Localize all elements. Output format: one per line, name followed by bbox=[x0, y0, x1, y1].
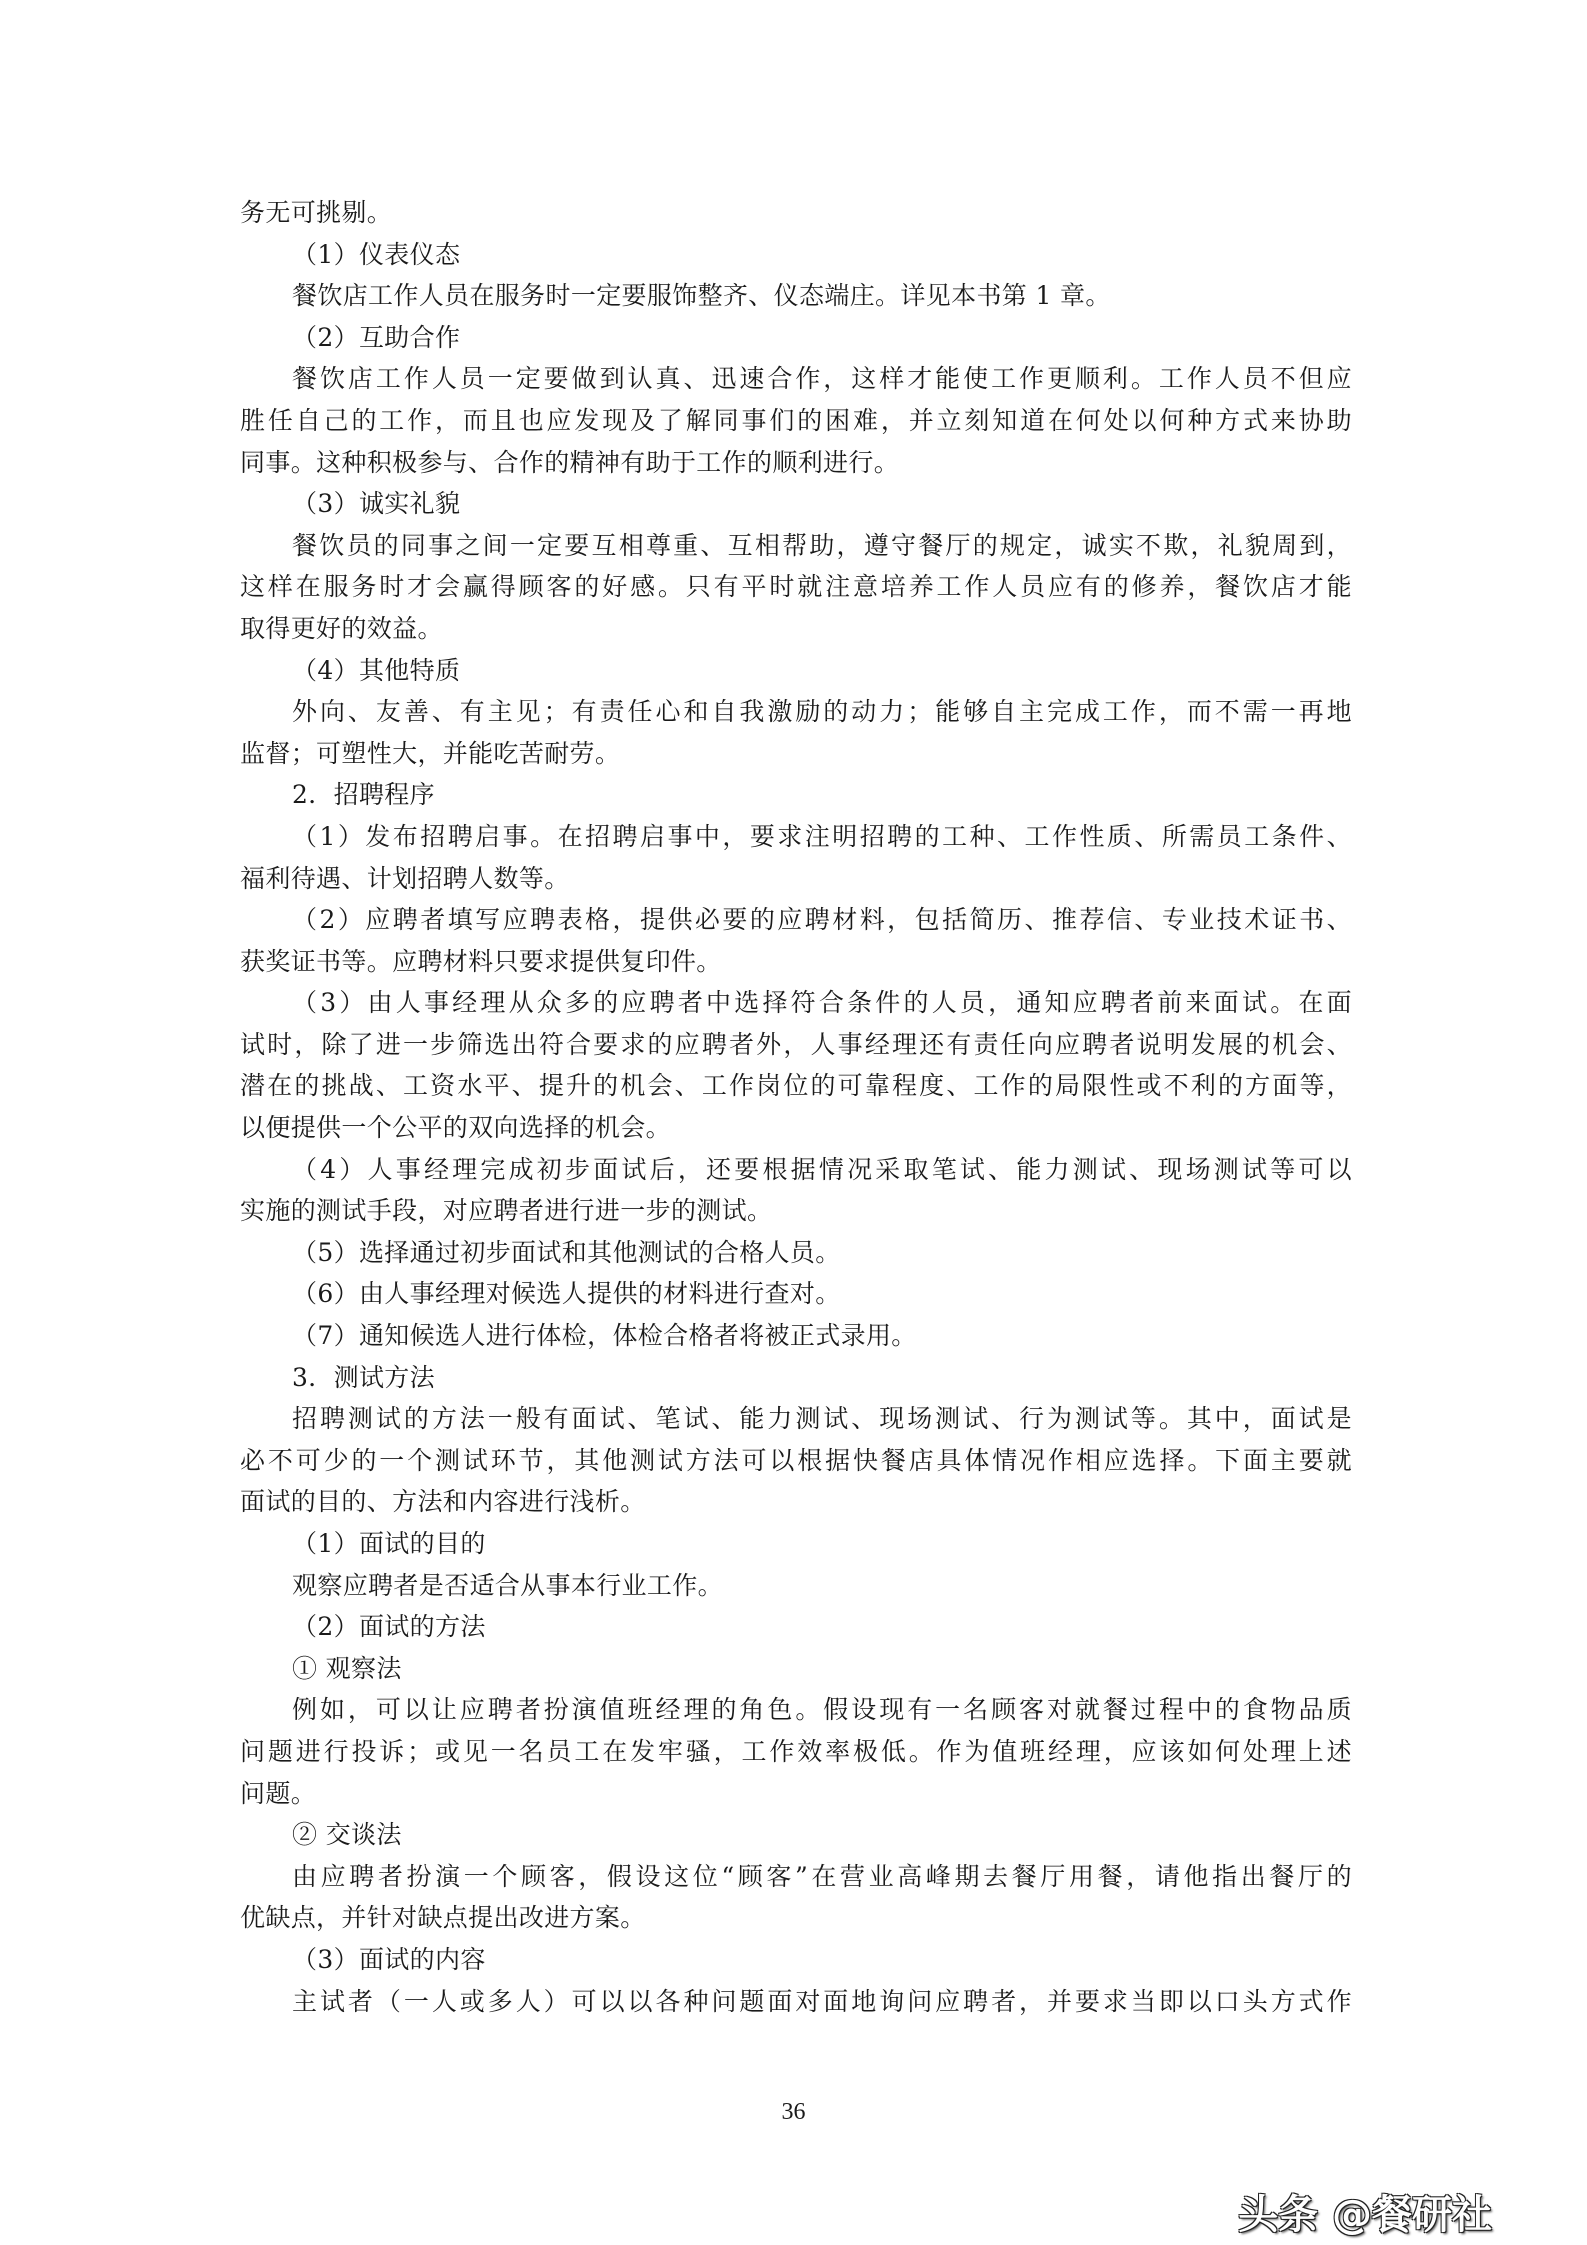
text-line: 餐饮店工作人员一定要做到认真、迅速合作，这样才能使工作更顺利。工作人员不但应 bbox=[240, 358, 1352, 400]
text-line: 餐饮店工作人员在服务时一定要服饰整齐、仪态端庄。详见本书第 1 章。 bbox=[240, 275, 1352, 317]
text-line: 务无可挑剔。 bbox=[240, 192, 1352, 234]
text-line: 监督；可塑性大，并能吃苦耐劳。 bbox=[240, 733, 1352, 775]
text-line: 外向、友善、有主见；有责任心和自我激励的动力；能够自主完成工作，而不需一再地 bbox=[240, 691, 1352, 733]
text-line: ② 交谈法 bbox=[240, 1814, 1352, 1856]
text-line: ① 观察法 bbox=[240, 1648, 1352, 1690]
text-line: 实施的测试手段，对应聘者进行进一步的测试。 bbox=[240, 1190, 1352, 1232]
body-text: 务无可挑剔。（1）仪表仪态餐饮店工作人员在服务时一定要服饰整齐、仪态端庄。详见本… bbox=[240, 192, 1352, 2022]
text-line: 主试者（一人或多人）可以以各种问题面对面地询问应聘者，并要求当即以口头方式作 bbox=[240, 1981, 1352, 2023]
text-line: （4）人事经理完成初步面试后，还要根据情况采取笔试、能力测试、现场测试等可以 bbox=[240, 1149, 1352, 1191]
text-line: （4）其他特质 bbox=[240, 650, 1352, 692]
text-line: 3．测试方法 bbox=[240, 1357, 1352, 1399]
text-line: 问题进行投诉；或见一名员工在发牢骚，工作效率极低。作为值班经理，应该如何处理上述 bbox=[240, 1731, 1352, 1773]
text-line: （1）仪表仪态 bbox=[240, 234, 1352, 276]
text-line: 以便提供一个公平的双向选择的机会。 bbox=[240, 1107, 1352, 1149]
text-line: 观察应聘者是否适合从事本行业工作。 bbox=[240, 1565, 1352, 1607]
text-line: （1）发布招聘启事。在招聘启事中，要求注明招聘的工种、工作性质、所需员工条件、 bbox=[240, 816, 1352, 858]
text-line: 这样在服务时才会赢得顾客的好感。只有平时就注意培养工作人员应有的修养，餐饮店才能 bbox=[240, 566, 1352, 608]
text-line: 问题。 bbox=[240, 1773, 1352, 1815]
text-line: 招聘测试的方法一般有面试、笔试、能力测试、现场测试、行为测试等。其中，面试是 bbox=[240, 1398, 1352, 1440]
text-line: （3）由人事经理从众多的应聘者中选择符合条件的人员，通知应聘者前来面试。在面 bbox=[240, 982, 1352, 1024]
text-line: 2．招聘程序 bbox=[240, 774, 1352, 816]
text-line: （5）选择通过初步面试和其他测试的合格人员。 bbox=[240, 1232, 1352, 1274]
text-line: （2）应聘者填写应聘表格，提供必要的应聘材料，包括简历、推荐信、专业技术证书、 bbox=[240, 899, 1352, 941]
page-number: 36 bbox=[0, 2097, 1587, 2127]
text-line: 福利待遇、计划招聘人数等。 bbox=[240, 858, 1352, 900]
text-line: 胜任自己的工作，而且也应发现及了解同事们的困难，并立刻知道在何处以何种方式来协助 bbox=[240, 400, 1352, 442]
text-line: （2）面试的方法 bbox=[240, 1606, 1352, 1648]
text-line: （3）诚实礼貌 bbox=[240, 483, 1352, 525]
text-line: （1）面试的目的 bbox=[240, 1523, 1352, 1565]
text-line: （3）面试的内容 bbox=[240, 1939, 1352, 1981]
text-line: 餐饮员的同事之间一定要互相尊重、互相帮助，遵守餐厅的规定，诚实不欺，礼貌周到， bbox=[240, 525, 1352, 567]
text-line: 面试的目的、方法和内容进行浅析。 bbox=[240, 1481, 1352, 1523]
text-line: （2）互助合作 bbox=[240, 317, 1352, 359]
watermark: 头条 @餐研社 bbox=[1238, 2190, 1492, 2240]
text-line: 获奖证书等。应聘材料只要求提供复印件。 bbox=[240, 941, 1352, 983]
text-line: 试时，除了进一步筛选出符合要求的应聘者外，人事经理还有责任向应聘者说明发展的机会… bbox=[240, 1024, 1352, 1066]
text-line: 优缺点，并针对缺点提出改进方案。 bbox=[240, 1897, 1352, 1939]
text-line: （7）通知候选人进行体检，体检合格者将被正式录用。 bbox=[240, 1315, 1352, 1357]
text-line: （6）由人事经理对候选人提供的材料进行查对。 bbox=[240, 1273, 1352, 1315]
text-line: 由应聘者扮演一个顾客，假设这位“顾客”在营业高峰期去餐厅用餐，请他指出餐厅的 bbox=[240, 1856, 1352, 1898]
document-page: 务无可挑剔。（1）仪表仪态餐饮店工作人员在服务时一定要服饰整齐、仪态端庄。详见本… bbox=[0, 0, 1587, 2245]
text-line: 必不可少的一个测试环节，其他测试方法可以根据快餐店具体情况作相应选择。下面主要就 bbox=[240, 1440, 1352, 1482]
text-line: 潜在的挑战、工资水平、提升的机会、工作岗位的可靠程度、工作的局限性或不利的方面等… bbox=[240, 1065, 1352, 1107]
text-line: 同事。这种积极参与、合作的精神有助于工作的顺利进行。 bbox=[240, 442, 1352, 484]
text-line: 取得更好的效益。 bbox=[240, 608, 1352, 650]
text-line: 例如，可以让应聘者扮演值班经理的角色。假设现有一名顾客对就餐过程中的食物品质 bbox=[240, 1689, 1352, 1731]
